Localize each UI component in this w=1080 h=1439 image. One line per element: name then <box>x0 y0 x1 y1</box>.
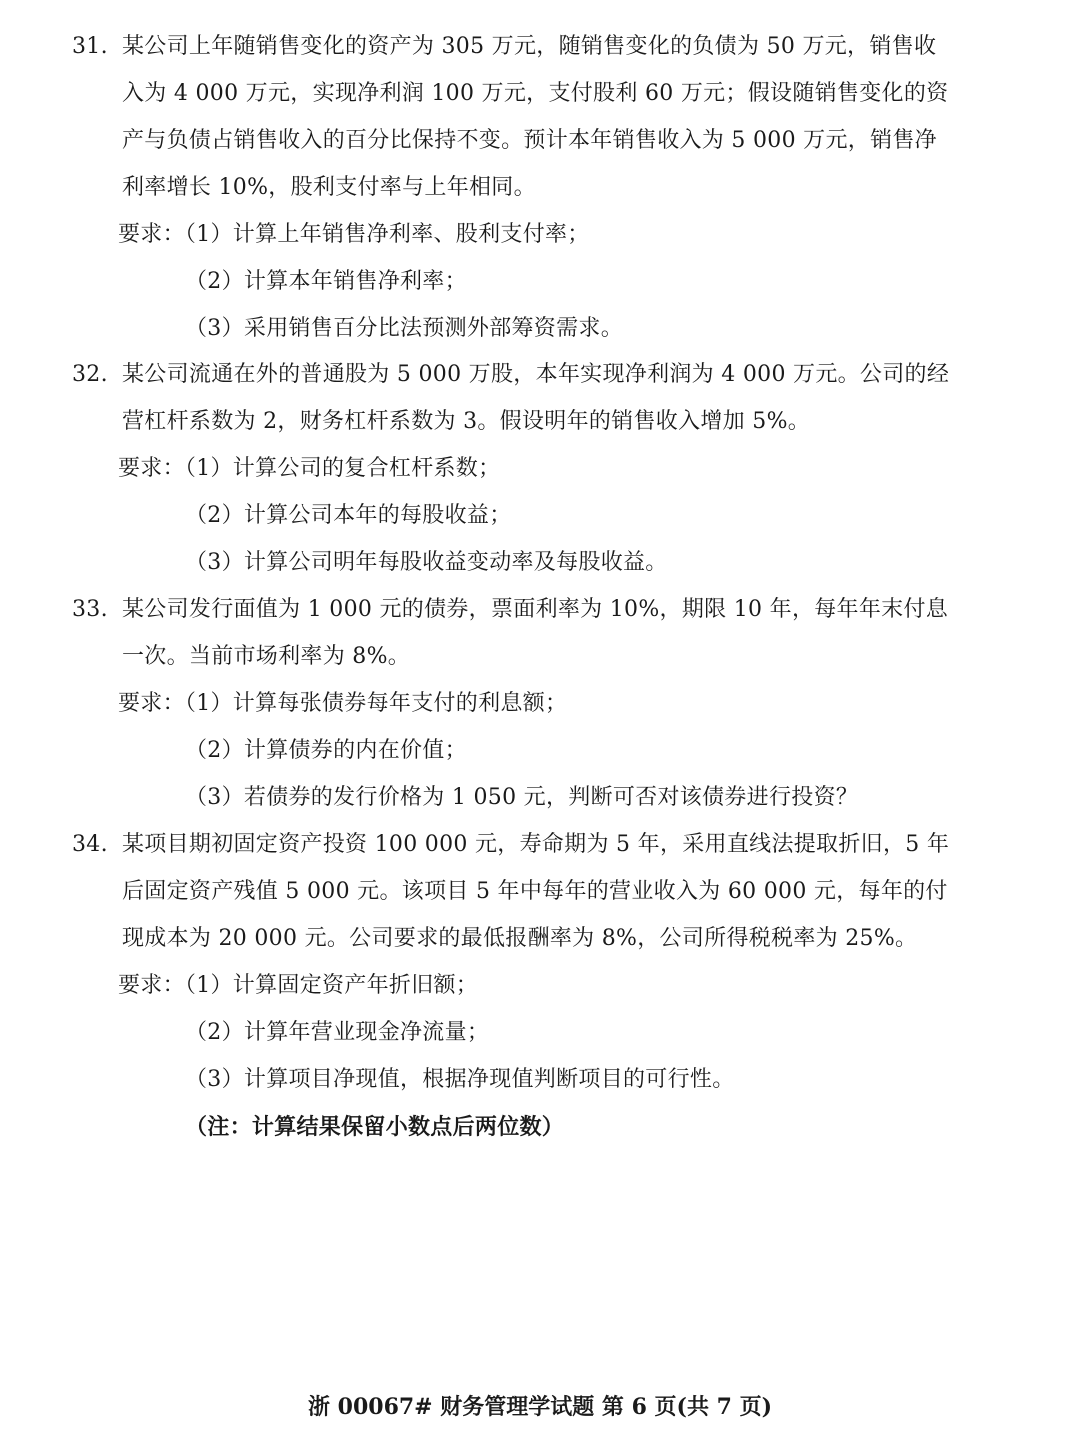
question-34-line-1: 34.某项目期初固定资产投资 100 000 元，寿命期为 5 年，采用直线法提… <box>72 830 949 860</box>
exam-page: 31.某公司上年随销售变化的资产为 305 万元，随销售变化的负债为 50 万元… <box>0 0 1080 1439</box>
question-32-requirement-2: （2）计算公司本年的每股收益； <box>185 501 512 531</box>
question-33-requirement-1: 要求：（1）计算每张债券每年支付的利息额； <box>118 689 567 719</box>
question-34-line-2: 后固定资产残值 5 000 元。该项目 5 年中每年的营业收入为 60 000 … <box>122 877 948 907</box>
question-32-requirement-3: （3）计算公司明年每股收益变动率及每股收益。 <box>185 548 668 578</box>
question-number: 31. <box>72 32 122 62</box>
question-34-requirement-2: （2）计算年营业现金净流量； <box>185 1018 489 1048</box>
question-34-requirement-1: 要求：（1）计算固定资产年折旧额； <box>118 971 478 1001</box>
question-33-line-2: 一次。当前市场利率为 8%。 <box>122 642 410 672</box>
question-31-requirement-2: （2）计算本年销售净利率； <box>185 267 467 297</box>
question-number: 34. <box>72 830 122 860</box>
question-33-line-1: 33.某公司发行面值为 1 000 元的债券，票面利率为 10%，期限 10 年… <box>72 595 948 625</box>
question-number: 33. <box>72 595 122 625</box>
question-31-line-3: 产与负债占销售收入的百分比保持不变。预计本年销售收入为 5 000 万元，销售净 <box>122 126 937 156</box>
page-footer: 浙 00067# 财务管理学试题 第 6 页(共 7 页) <box>0 1390 1080 1421</box>
question-31-line-1: 31.某公司上年随销售变化的资产为 305 万元，随销售变化的负债为 50 万元… <box>72 32 936 62</box>
question-32-line-2: 营杠杆系数为 2，财务杠杆系数为 3。假设明年的销售收入增加 5%。 <box>122 407 810 437</box>
question-32-requirement-1: 要求：（1）计算公司的复合杠杆系数； <box>118 454 500 484</box>
question-34-requirement-3: （3）计算项目净现值，根据净现值判断项目的可行性。 <box>185 1065 735 1095</box>
question-33-requirement-3: （3）若债券的发行价格为 1 050 元，判断可否对该债券进行投资？ <box>185 783 858 813</box>
question-31-line-2: 入为 4 000 万元，实现净利润 100 万元，支付股利 60 万元；假设随销… <box>122 79 948 109</box>
question-31-requirement-1: 要求：（1）计算上年销售净利率、股利支付率； <box>118 220 590 250</box>
question-32-line-1: 32.某公司流通在外的普通股为 5 000 万股，本年实现净利润为 4 000 … <box>72 360 949 390</box>
question-31-requirement-3: （3）采用销售百分比法预测外部筹资需求。 <box>185 314 623 344</box>
question-number: 32. <box>72 360 122 390</box>
question-31-line-4: 利率增长 10%，股利支付率与上年相同。 <box>122 173 536 203</box>
question-34-note: （注：计算结果保留小数点后两位数） <box>185 1112 564 1142</box>
question-33-requirement-2: （2）计算债券的内在价值； <box>185 736 467 766</box>
question-34-line-3: 现成本为 20 000 元。公司要求的最低报酬率为 8%，公司所得税税率为 25… <box>122 924 917 954</box>
